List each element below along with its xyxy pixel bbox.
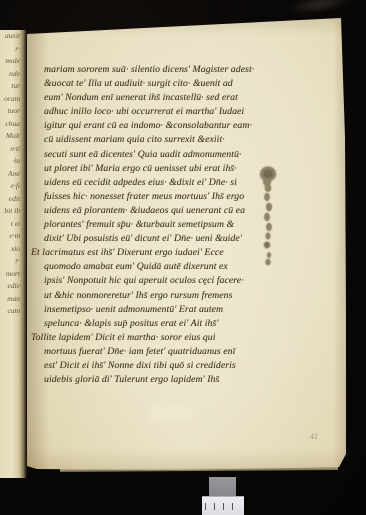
facing-page-fragment: bit ib [0,205,20,218]
manuscript-line: fuisses hic· nonesset frater meus mortuu… [44,190,329,204]
facing-page-fragment: nde [0,68,20,81]
facing-page-fragment: chua [0,118,20,131]
facing-page-fragment: man [0,293,20,306]
facing-page-fragment: r· [0,43,20,56]
ink-stain [255,165,279,267]
facing-page-fragment: oram [0,93,20,106]
facing-page-fragment: cum [0,305,20,318]
facing-page-fragment: ·in [0,155,20,168]
facing-page-fragment: edie [0,280,20,293]
manuscript-line: uidens eā plorantem· &iudaeos qui uenera… [44,204,329,218]
facing-page-fragment: e·fi [0,180,20,193]
facing-page-fragment: Ami [0,168,20,181]
facing-page-fragment: t ei [0,218,20,231]
manuscript-line: Tollite lapidem' Dicit ei martha· soror … [31,331,329,345]
show-through-mark [150,406,192,420]
facing-page-fragment: mort [0,268,20,281]
facing-page-fragment: e·m [0,230,20,243]
facing-page-fragment: r· [0,255,20,268]
manuscript-line: dixit' Ubi posuistis eū' dicunt ei' Dn̄e… [44,232,329,246]
manuscript-line: adhuc inillo loco· ubi occurrerat ei mar… [44,105,329,119]
manuscript-line: ut ploret ibi' Maria ergo cū uenisset ub… [44,162,329,176]
manuscript-page: mariam sororem suā· silentio dicens' Mag… [27,18,346,471]
manuscript-line: insemetipso· uenit admonumentū' Erat aut… [44,303,329,317]
text-block: mariam sororem suā· silentio dicens' Mag… [44,63,329,387]
manuscript-line: quomodo amabat eum' Quidā autē dixerunt … [44,260,329,274]
facing-page-fragment: tuor [0,105,20,118]
facing-page-fragment: mule [0,55,20,68]
manuscript-line: spelunca· &lapis sup̄ positus erat ei' A… [44,317,329,331]
backdrop-glare [287,0,353,16]
manuscript-line: cū uidissent mariam quia cito surrexit &… [44,133,329,147]
manuscript-line: mortuus fuerat' Dn̄e· iam fetet' quatrid… [44,345,329,359]
manuscript-line: uidebis gloriā di' Tulerunt ergo lapidem… [44,373,329,387]
manuscript-line: igitur qui erant cū ea indomo· &consolab… [44,119,329,133]
page-under-edge [60,467,338,472]
facing-page-fragment: Mult [0,130,20,143]
facing-page-fragment: n·ti [0,143,20,156]
manuscript-line: uidens eū cecidit adpedes eius· &dixit e… [44,176,329,190]
manuscript-line: est' Dicit ei ihs̄' Nonne dixi tibi quō … [44,359,329,373]
manuscript-line: mariam sororem suā· silentio dicens' Mag… [44,63,329,77]
scale-ruler [202,496,244,515]
photographed-manuscript: auxitr·mulendeturoramtuorchuaMultn·ti·in… [0,0,366,515]
manuscript-line: eum' Nondum enī uenerat ihs̄ incastellū·… [44,91,329,105]
manuscript-line: ipsis' Nonpotuit hic qui aperuit oculos … [44,274,329,288]
facing-page-fragment: auxit [0,30,20,43]
facing-page-fragment: tur [0,80,20,93]
facing-page-fragment: edit [0,193,20,206]
facing-page-text-fragments: auxitr·mulendeturoramtuorchuaMultn·ti·in… [0,30,20,318]
manuscript-line: &uocat te' Illa ut audiuit· surgit cito·… [44,77,329,91]
manuscript-line: Et lacrimatus est ihs̄' Dixerunt ergo iu… [31,246,329,260]
folio-number: 41 [310,432,318,441]
facing-page-fragment: xio [0,243,20,256]
ruler-ticks-icon [205,503,241,510]
manuscript-line: secuti sunt eā dicentes' Quia uadit admo… [44,148,329,162]
manuscript-line: plorantes' fremuit sp̄u· &turbauit semet… [44,218,329,232]
manuscript-line: ut &hic nonmoreretur' Ihs̄ ergo rursum f… [44,289,329,303]
